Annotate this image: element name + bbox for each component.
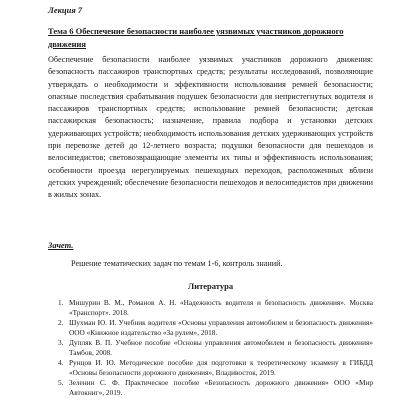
reference-item: 5.Зеленин С. Ф. Практическое пособие «Бе…: [48, 378, 373, 398]
zachet-heading: Зачет.: [48, 240, 73, 250]
reference-text: Дупляк В. П. Учебное пособие «Основы упр…: [69, 338, 373, 357]
reference-list: 1.Мишурин В. М., Романов А. Н. «Надежнос…: [48, 298, 373, 398]
reference-text: Мишурин В. М., Романов А. Н. «Надежность…: [69, 298, 373, 317]
reference-number: 2.: [58, 318, 63, 328]
reference-item: 1.Мишурин В. М., Романов А. Н. «Надежнос…: [48, 298, 373, 318]
reference-item: 2.Шухман Ю. И. Учебник водителя «Основы …: [48, 318, 373, 338]
reference-item: 4.Рунцов И. Ю. Методическое пособие для …: [48, 358, 373, 378]
reference-number: 1.: [58, 298, 63, 308]
reference-text: Рунцов И. Ю. Методическое пособие для по…: [69, 358, 373, 377]
task-text: Решение тематических задач по темам 1-6,…: [71, 259, 283, 268]
topic-title: Тема 6 Обеспечение безопасности наиболее…: [48, 25, 373, 50]
topic-body-paragraph: Обеспечение безопасности наиболее уязвим…: [48, 54, 373, 202]
reference-number: 4.: [58, 358, 63, 368]
reference-text: Зеленин С. Ф. Практическое пособие «Безо…: [69, 378, 373, 397]
lecture-label: Лекция 7: [48, 5, 82, 15]
reference-number: 5.: [58, 378, 63, 388]
reference-item: 3.Дупляк В. П. Учебное пособие «Основы у…: [48, 338, 373, 358]
reference-text: Шухман Ю. И. Учебник водителя «Основы уп…: [69, 318, 373, 337]
literature-heading: Литература: [48, 281, 373, 291]
reference-number: 3.: [58, 338, 63, 348]
